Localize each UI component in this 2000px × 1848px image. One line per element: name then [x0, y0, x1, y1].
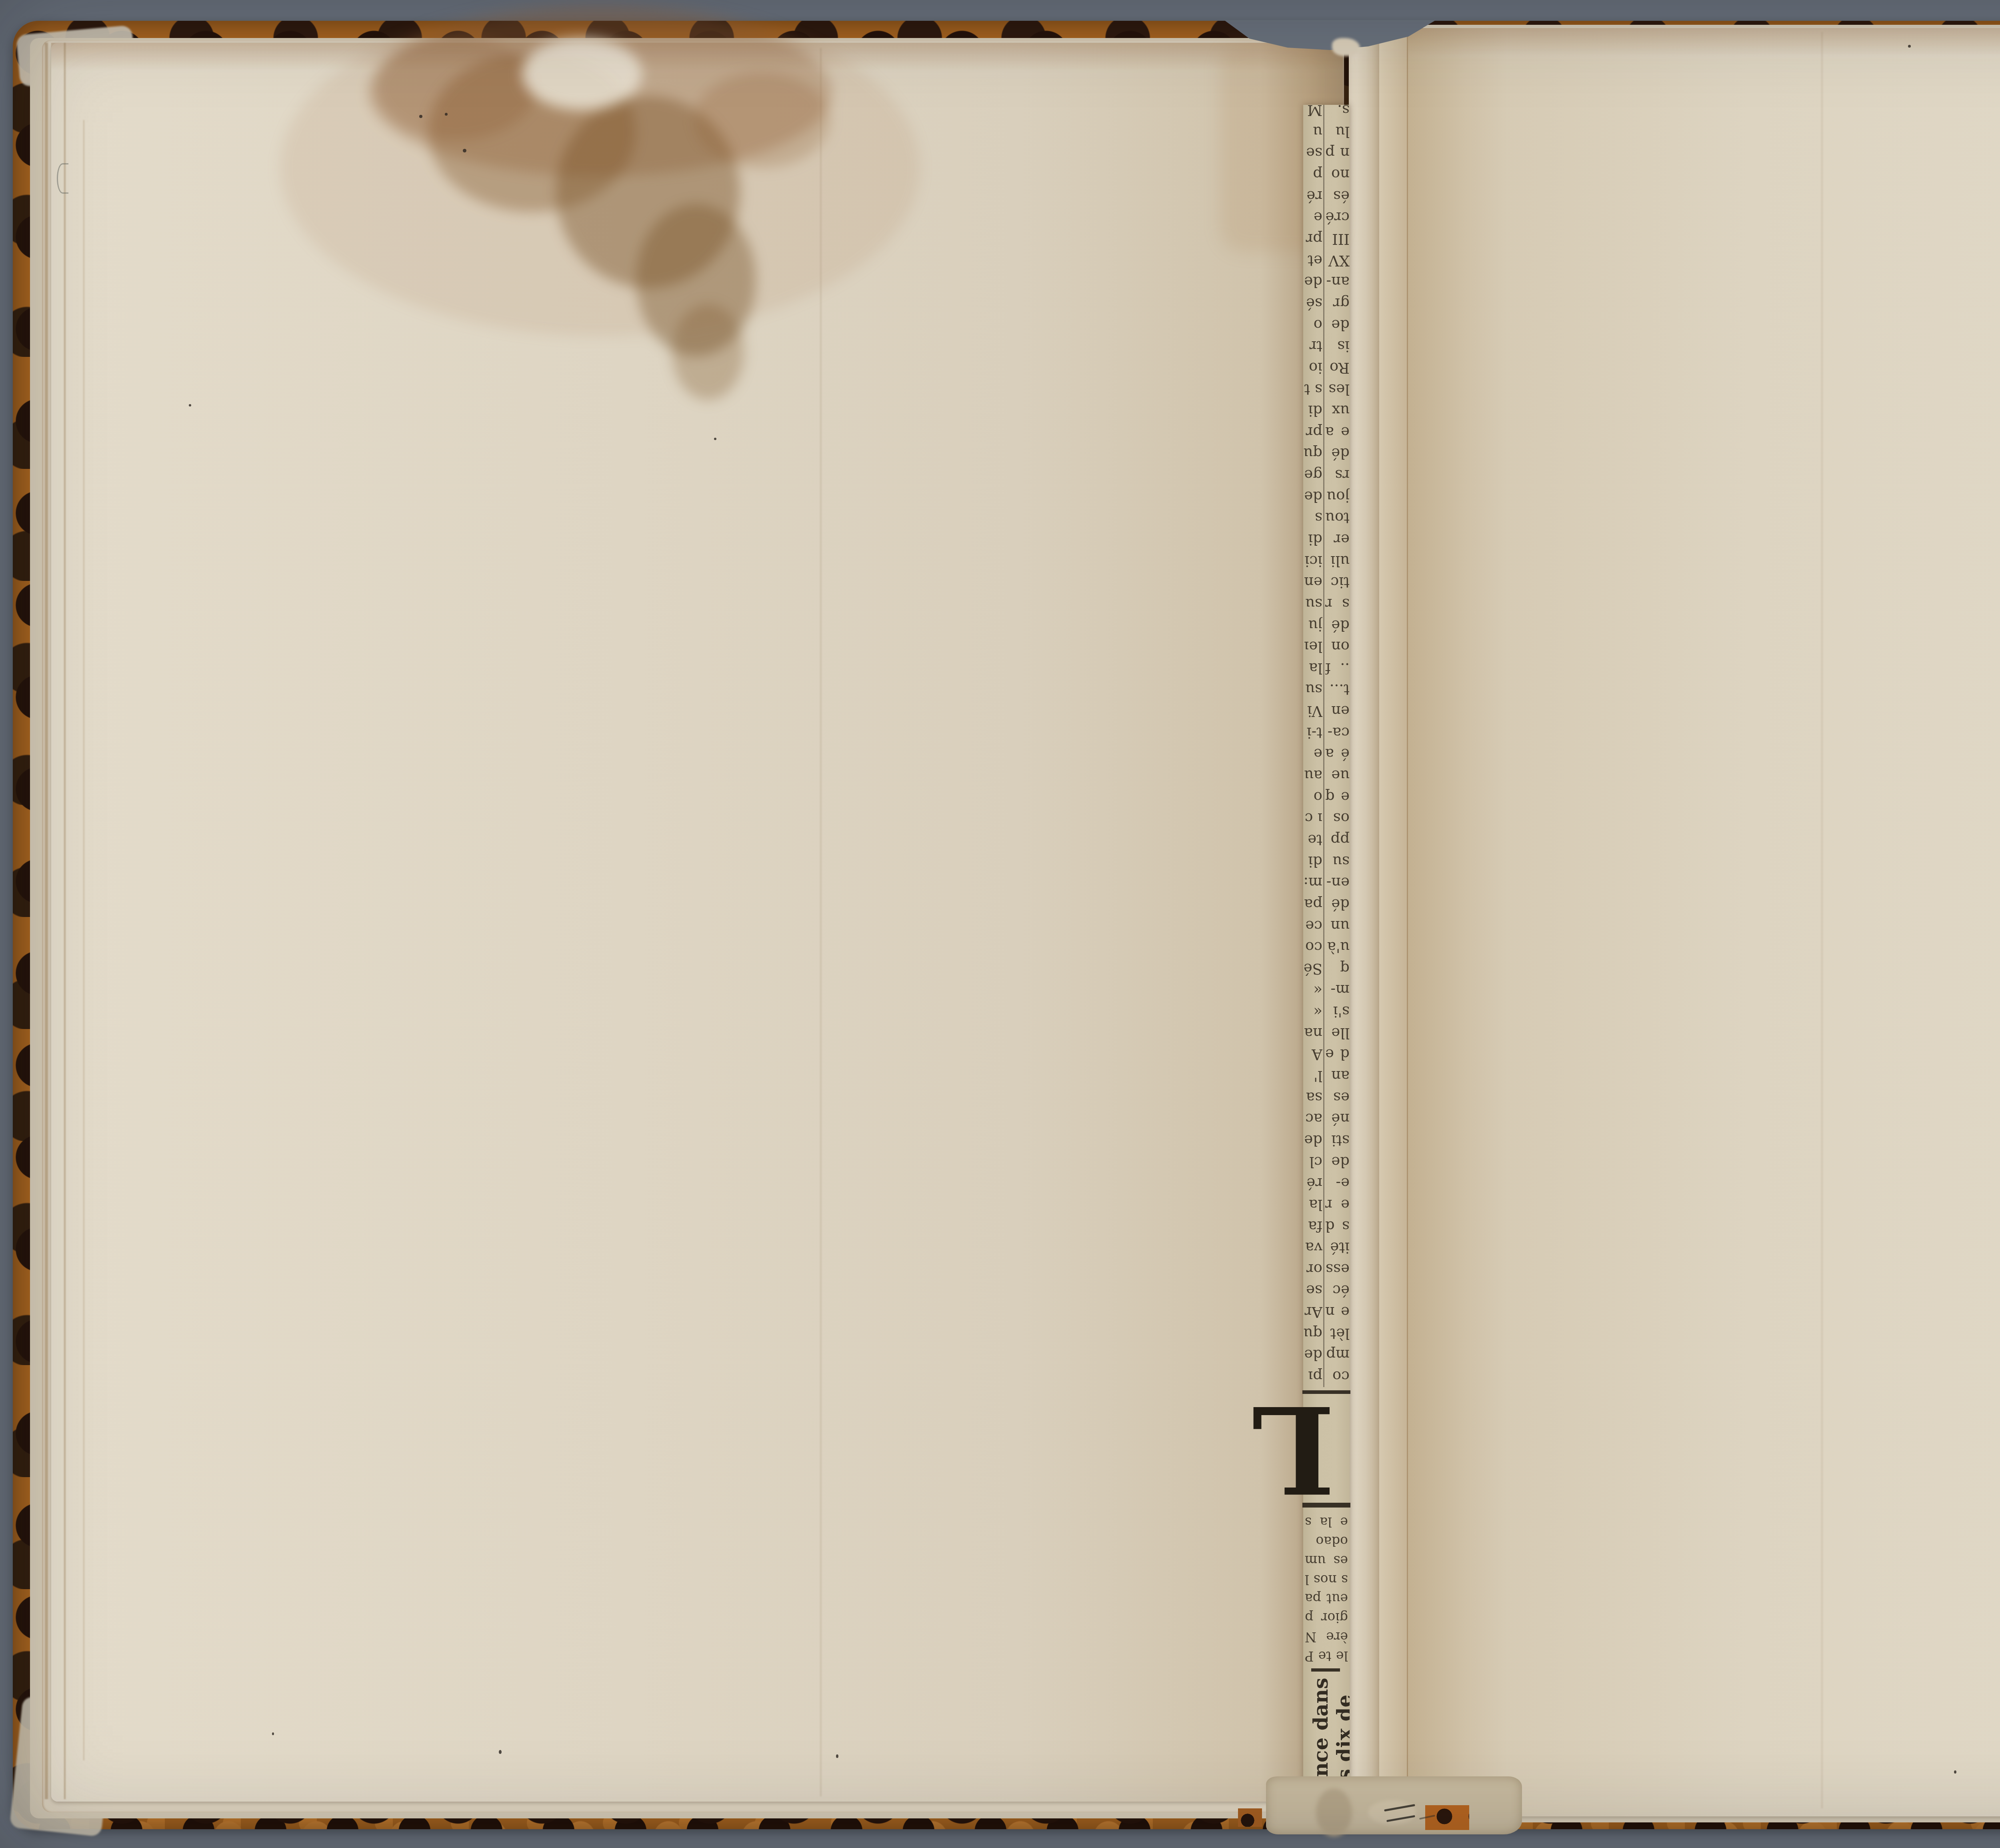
speck — [1908, 45, 1911, 48]
speck — [445, 113, 448, 116]
speck — [1954, 1770, 1956, 1774]
speck — [499, 1750, 502, 1754]
pencil-squiggle — [57, 163, 68, 194]
photo-of-open-album: pı de qu Ar se or va fa la ré cl de ac s… — [0, 0, 2000, 1848]
stain-layer-small — [0, 0, 2000, 1848]
speck — [272, 1732, 274, 1735]
speck — [419, 115, 422, 118]
speck — [463, 149, 466, 152]
speck — [189, 404, 191, 406]
speck — [836, 1754, 838, 1758]
speck — [714, 438, 716, 440]
